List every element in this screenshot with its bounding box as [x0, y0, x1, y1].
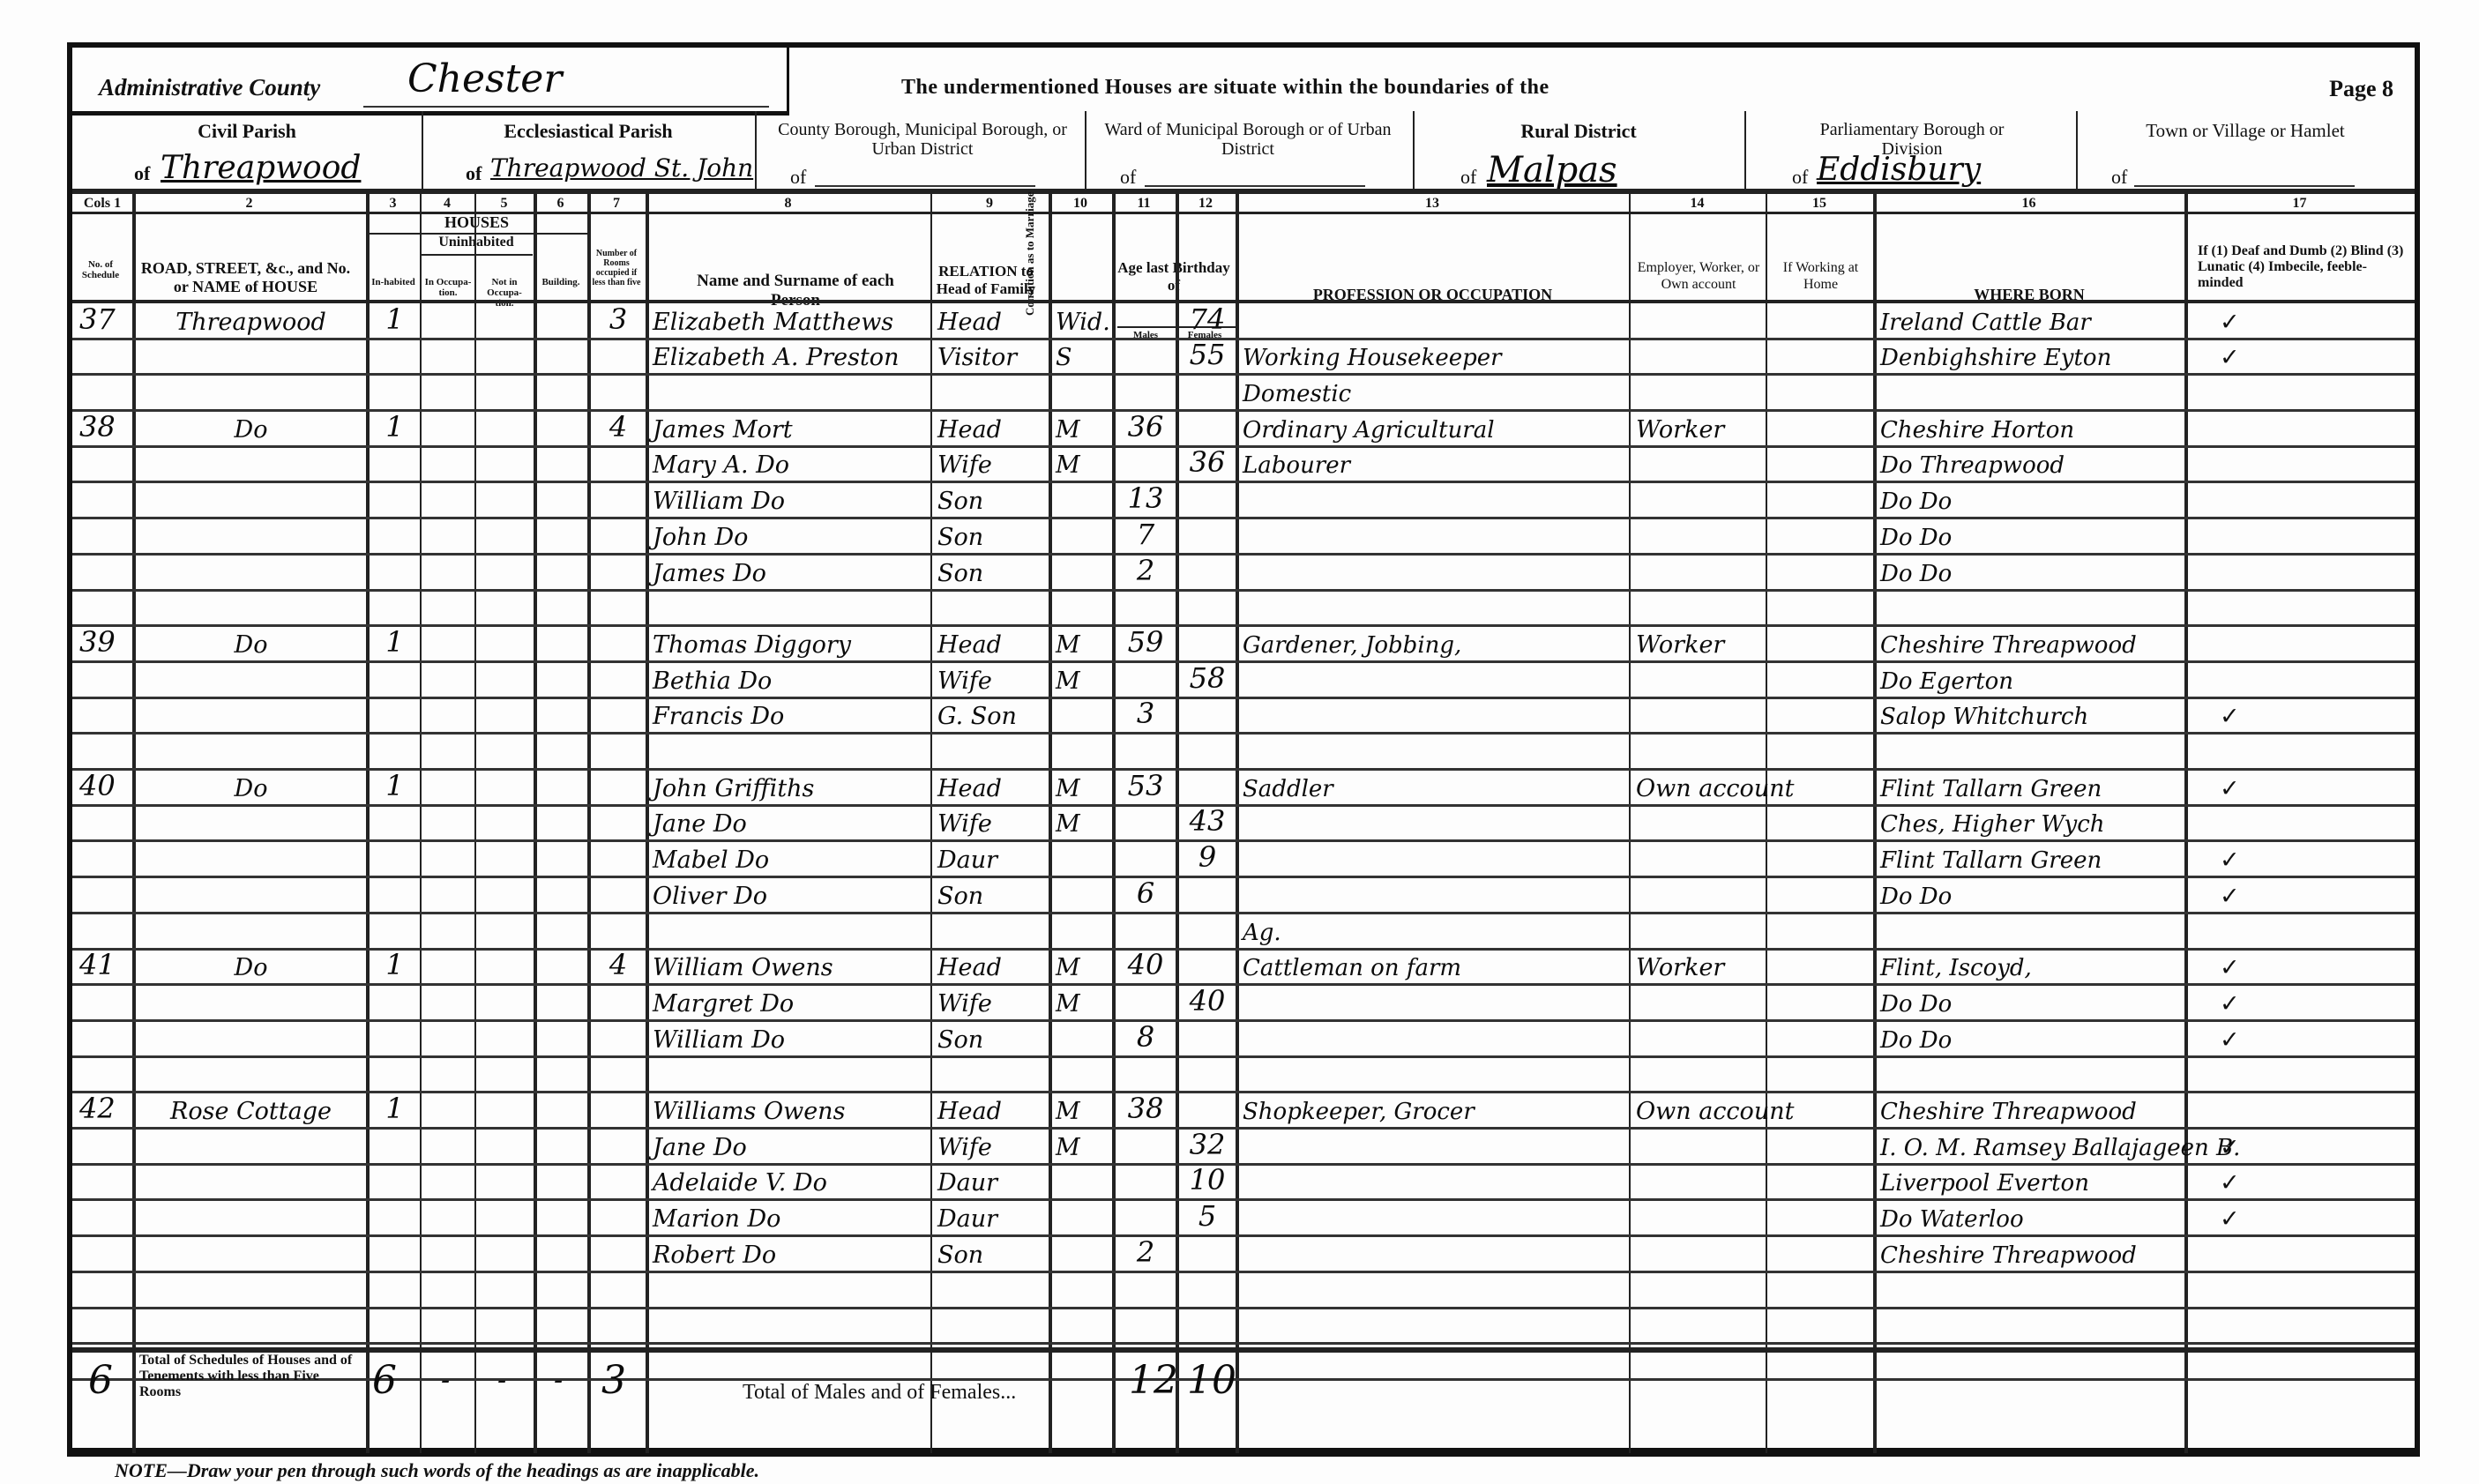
cell-male-age: 7 [1119, 518, 1172, 551]
area-label: Town or Village or Hamlet [2076, 120, 2415, 142]
column-number: 11 [1112, 196, 1176, 212]
cell-inhabited: 1 [373, 411, 416, 444]
cell-rooms [594, 842, 642, 875]
cell-rooms [594, 339, 642, 372]
cell-female-age: 55 [1183, 339, 1232, 372]
cell-occupation: Labourer [1243, 447, 1625, 480]
cell-occupation [1243, 877, 1625, 910]
cell-condition [1056, 914, 1109, 946]
cell-rooms [594, 518, 642, 551]
cell-rooms [594, 698, 642, 731]
column-number: 2 [132, 196, 366, 212]
cell-relation: Son [937, 555, 1045, 587]
cell-name: Margret Do [653, 985, 927, 1018]
cell-relation: Son [937, 518, 1045, 551]
totals-schedules: 6 [88, 1358, 113, 1403]
cell-schedule [79, 1165, 129, 1197]
cell-condition: M [1056, 806, 1109, 839]
table-row: Adelaide V. DoDaur10Liverpool Everton✓ [72, 1165, 2415, 1201]
header-rooms: Number of Rooms occupied if less than fi… [589, 249, 644, 287]
cell-name: James Mort [653, 411, 927, 444]
cell-schedule [79, 734, 129, 766]
cell-road [139, 339, 362, 372]
cell-where-born: Do Do [1880, 555, 2181, 587]
cell-occupation: Ag. [1243, 914, 1625, 946]
cell-where-born: Do Do [1880, 1021, 2181, 1054]
cell-road: Threapwood [139, 303, 362, 336]
cell-inhabited: 1 [373, 626, 416, 659]
cell-name [653, 1057, 927, 1090]
cell-relation: Son [937, 483, 1045, 516]
cell-schedule [79, 518, 129, 551]
cell-occupation [1243, 1129, 1625, 1161]
cell-rooms: 3 [594, 303, 642, 336]
cell-male-age: 13 [1119, 483, 1172, 516]
cell-infirmity: ✓ [2220, 698, 2439, 731]
cell-male-age: 6 [1119, 877, 1172, 910]
cell-inhabited [373, 1236, 416, 1269]
cell-occupation: Shopkeeper, Grocer [1243, 1092, 1625, 1125]
header-employer: Employer, Worker, or Own account [1632, 259, 1766, 293]
cell-where-born: Flint Tallarn Green [1880, 842, 2181, 875]
cell-relation: Son [937, 1236, 1045, 1269]
table-row: 39Do1Thomas DiggoryHeadM59Gardener, Jobb… [72, 626, 2415, 662]
cell-infirmity: ✓ [2220, 303, 2439, 336]
cell-infirmity: ✓ [2220, 842, 2439, 875]
cell-condition: M [1056, 1092, 1109, 1125]
cell-infirmity: ✓ [2220, 985, 2439, 1018]
cell-employer [1636, 555, 1762, 587]
area-underline [815, 185, 1035, 187]
cell-schedule: 41 [79, 950, 129, 982]
cell-inhabited [373, 555, 416, 587]
cell-inhabited [373, 1057, 416, 1090]
cell-infirmity: ✓ [2220, 1165, 2439, 1197]
cell-where-born [1880, 591, 2181, 623]
cell-road: Do [139, 626, 362, 659]
cell-relation [937, 914, 1045, 946]
cell-female-age: 5 [1183, 1201, 1232, 1234]
cell-male-age [1119, 914, 1172, 946]
cell-road [139, 985, 362, 1018]
cell-name [653, 591, 927, 623]
cell-employer: Worker [1636, 411, 1762, 444]
cell-male-age: 59 [1119, 626, 1172, 659]
cell-male-age [1119, 1309, 1172, 1341]
cell-name: John Griffiths [653, 770, 927, 802]
cell-employer [1636, 1201, 1762, 1234]
cell-where-born: Ches, Higher Wych [1880, 806, 2181, 839]
cell-name: Oliver Do [653, 877, 927, 910]
cell-relation: Wife [937, 662, 1045, 695]
cell-road [139, 591, 362, 623]
cell-road [139, 1309, 362, 1341]
area-label: Civil Parish [72, 120, 422, 143]
cell-schedule [79, 1129, 129, 1161]
cell-inhabited: 1 [373, 303, 416, 336]
totals-not-in-occupation: - [497, 1365, 506, 1396]
cell-where-born: Do Do [1880, 877, 2181, 910]
cell-relation: Wife [937, 806, 1045, 839]
table-row: Mabel DoDaur9Flint Tallarn Green✓ [72, 842, 2415, 878]
column-number: 7 [587, 196, 646, 212]
cell-female-age [1183, 877, 1232, 910]
cell-road [139, 483, 362, 516]
cell-condition [1056, 1021, 1109, 1054]
cell-occupation [1243, 1057, 1625, 1090]
cell-road: Do [139, 770, 362, 802]
cell-infirmity [2220, 447, 2439, 480]
cell-name [653, 375, 927, 407]
cell-name: Marion Do [653, 1201, 927, 1234]
cell-occupation: Gardener, Jobbing, [1243, 626, 1625, 659]
cell-rooms [594, 914, 642, 946]
column-number: 16 [1873, 196, 2184, 212]
cell-rooms [594, 483, 642, 516]
cell-inhabited [373, 339, 416, 372]
cell-where-born: I. O. M. Ramsey Ballajageen B. [1880, 1129, 2181, 1161]
cell-where-born: Do Do [1880, 985, 2181, 1018]
cell-infirmity [2220, 1057, 2439, 1090]
cell-schedule [79, 1021, 129, 1054]
cell-female-age: 74 [1183, 303, 1232, 336]
table-row: William DoSon13Do Do [72, 483, 2415, 519]
cell-relation [937, 375, 1045, 407]
cell-infirmity [2220, 375, 2439, 407]
cell-road [139, 734, 362, 766]
cell-employer [1636, 1021, 1762, 1054]
cell-schedule [79, 483, 129, 516]
cell-name [653, 734, 927, 766]
area-county-borough: County Borough, Municipal Borough, or Ur… [755, 111, 1086, 192]
cell-schedule [79, 1057, 129, 1090]
cell-relation: Head [937, 1092, 1045, 1125]
header-schedule: No. of Schedule [74, 259, 127, 280]
cell-schedule [79, 339, 129, 372]
cell-where-born: Salop Whitchurch [1880, 698, 2181, 731]
cell-male-age [1119, 1201, 1172, 1234]
cell-schedule [79, 662, 129, 695]
cell-name: William Do [653, 483, 927, 516]
header-road: ROAD, STREET, &c., and No. or NAME of HO… [138, 259, 354, 296]
cell-infirmity [2220, 914, 2439, 946]
cell-female-age [1183, 1309, 1232, 1341]
table-row: Robert DoSon2Cheshire Threapwood [72, 1236, 2415, 1272]
cell-relation: Head [937, 626, 1045, 659]
cell-where-born: Flint, Iscoyd, [1880, 950, 2181, 982]
cell-infirmity [2220, 626, 2439, 659]
cell-condition: M [1056, 662, 1109, 695]
cell-relation: Head [937, 770, 1045, 802]
cell-female-age: 10 [1183, 1165, 1232, 1197]
cell-schedule [79, 447, 129, 480]
cell-employer [1636, 1272, 1762, 1305]
table-row: Margret DoWifeM40Do Do✓ [72, 985, 2415, 1021]
totals-schedules-label: Total of Schedules of Houses and of Tene… [134, 1353, 360, 1400]
table-row: 40Do1John GriffithsHeadM53SaddlerOwn acc… [72, 770, 2415, 806]
cell-female-age [1183, 698, 1232, 731]
area-value: Threapwood [161, 150, 361, 186]
cell-inhabited [373, 1201, 416, 1234]
cell-infirmity [2220, 662, 2439, 695]
cell-where-born [1880, 734, 2181, 766]
cell-condition [1056, 518, 1109, 551]
cell-road [139, 877, 362, 910]
cell-condition [1056, 1057, 1109, 1090]
cell-inhabited [373, 375, 416, 407]
cell-condition [1056, 877, 1109, 910]
cell-schedule: 37 [79, 303, 129, 336]
totals-in-occupation: - [441, 1365, 450, 1396]
cell-inhabited: 1 [373, 1092, 416, 1125]
cell-occupation [1243, 1309, 1625, 1341]
cell-condition [1056, 1165, 1109, 1197]
cell-road [139, 1057, 362, 1090]
cell-infirmity [2220, 1092, 2439, 1125]
cell-road [139, 1165, 362, 1197]
cell-road [139, 806, 362, 839]
cell-inhabited [373, 1021, 416, 1054]
cell-occupation [1243, 985, 1625, 1018]
header-houses: HOUSES [366, 213, 587, 232]
cell-inhabited [373, 662, 416, 695]
area-prefix: of [790, 166, 806, 189]
cell-female-age: 9 [1183, 842, 1232, 875]
cell-occupation [1243, 1236, 1625, 1269]
header-working-home: If Working at Home [1770, 259, 1871, 293]
cell-rooms [594, 1165, 642, 1197]
cell-female-age [1183, 914, 1232, 946]
cell-occupation [1243, 734, 1625, 766]
cell-infirmity [2220, 411, 2439, 444]
table-row: Domestic [72, 375, 2415, 411]
column-number: 12 [1176, 196, 1236, 212]
cell-male-age [1119, 985, 1172, 1018]
cell-relation: Wife [937, 1129, 1045, 1161]
area-label: County Borough, Municipal Borough, or Ur… [773, 120, 1072, 159]
cell-rooms [594, 770, 642, 802]
cell-infirmity [2220, 734, 2439, 766]
cell-employer [1636, 518, 1762, 551]
cell-female-age [1183, 1021, 1232, 1054]
area-value: Threapwood St. John [490, 153, 753, 183]
cell-employer [1636, 375, 1762, 407]
header-age: Age last Birthday of [1117, 259, 1230, 295]
census-form: Administrative County Chester The underm… [67, 42, 2420, 1457]
county-underline [363, 106, 769, 108]
cell-occupation: Domestic [1243, 375, 1625, 407]
cell-road [139, 1272, 362, 1305]
cell-schedule: 38 [79, 411, 129, 444]
cell-where-born: Cheshire Horton [1880, 411, 2181, 444]
cell-male-age [1119, 375, 1172, 407]
table-row: Marion DoDaur5Do Waterloo✓ [72, 1201, 2415, 1237]
cell-male-age [1119, 842, 1172, 875]
table-row: William DoSon8Do Do✓ [72, 1021, 2415, 1057]
area-label: Ward of Municipal Borough or of Urban Di… [1102, 120, 1393, 159]
cell-name: William Do [653, 1021, 927, 1054]
column-number: 6 [534, 196, 587, 212]
cell-where-born [1880, 1272, 2181, 1305]
cell-relation [937, 734, 1045, 766]
cell-schedule [79, 806, 129, 839]
cell-name: Mary A. Do [653, 447, 927, 480]
cell-rooms [594, 1309, 642, 1341]
cell-schedule: 39 [79, 626, 129, 659]
cell-where-born: Do Threapwood [1880, 447, 2181, 480]
cell-where-born [1880, 1057, 2181, 1090]
cell-inhabited [373, 1272, 416, 1305]
cell-condition [1056, 842, 1109, 875]
cell-schedule [79, 877, 129, 910]
cell-employer [1636, 842, 1762, 875]
cell-condition [1056, 555, 1109, 587]
cell-infirmity: ✓ [2220, 1201, 2439, 1234]
column-number: 13 [1236, 196, 1629, 212]
cell-male-age [1119, 339, 1172, 372]
cell-relation: Daur [937, 1165, 1045, 1197]
cell-relation: Head [937, 950, 1045, 982]
cell-employer [1636, 1236, 1762, 1269]
header-uninhabited: Uninhabited [420, 235, 533, 250]
cell-relation [937, 591, 1045, 623]
header-building: Building. [534, 277, 587, 287]
cell-inhabited [373, 1165, 416, 1197]
cell-where-born [1880, 375, 2181, 407]
cell-inhabited [373, 806, 416, 839]
totals-building: - [554, 1365, 563, 1396]
cell-female-age [1183, 483, 1232, 516]
cell-employer [1636, 339, 1762, 372]
cell-schedule [79, 555, 129, 587]
area-label: Rural District [1413, 120, 1744, 143]
table-row: 38Do14James MortHeadM36Ordinary Agricult… [72, 411, 2415, 447]
cell-relation: Daur [937, 842, 1045, 875]
cell-rooms [594, 877, 642, 910]
table-row: Jane DoWifeM43Ches, Higher Wych [72, 806, 2415, 842]
cell-relation [937, 1309, 1045, 1341]
header-infirmity: If (1) Deaf and Dumb (2) Blind (3) Lunat… [2198, 243, 2409, 291]
cell-male-age [1119, 806, 1172, 839]
area-prefix: of [134, 162, 150, 185]
cell-employer [1636, 447, 1762, 480]
administrative-county-box: Administrative County Chester [72, 48, 789, 116]
uninhabited-divider [420, 254, 533, 256]
table-row [72, 1272, 2415, 1309]
cell-schedule [79, 375, 129, 407]
cell-road [139, 1201, 362, 1234]
cell-rooms [594, 1236, 642, 1269]
cell-female-age: 40 [1183, 985, 1232, 1018]
cell-condition [1056, 734, 1109, 766]
cell-employer: Worker [1636, 950, 1762, 982]
table-row: 37Threapwood13Elizabeth MatthewsHeadWid.… [72, 303, 2415, 339]
cell-occupation [1243, 518, 1625, 551]
cell-female-age [1183, 1057, 1232, 1090]
table-row: 42Rose Cottage1Williams OwensHeadM38Shop… [72, 1092, 2415, 1129]
column-number: 3 [366, 196, 420, 212]
cell-road [139, 698, 362, 731]
cell-employer [1636, 698, 1762, 731]
cell-female-age [1183, 555, 1232, 587]
cell-female-age: 58 [1183, 662, 1232, 695]
cell-relation: Head [937, 303, 1045, 336]
header-inhabited: In-habited [368, 277, 419, 287]
cell-male-age [1119, 662, 1172, 695]
cell-schedule [79, 1309, 129, 1341]
cell-name: Mabel Do [653, 842, 927, 875]
cell-condition [1056, 483, 1109, 516]
cell-female-age [1183, 1092, 1232, 1125]
cell-male-age [1119, 1129, 1172, 1161]
cell-occupation [1243, 1201, 1625, 1234]
cell-name: Robert Do [653, 1236, 927, 1269]
cell-relation: Son [937, 1021, 1045, 1054]
cell-name: Adelaide V. Do [653, 1165, 927, 1197]
cell-road [139, 1129, 362, 1161]
cell-infirmity: ✓ [2220, 950, 2439, 982]
cell-where-born [1880, 914, 2181, 946]
cell-condition [1056, 375, 1109, 407]
table-row [72, 1309, 2415, 1345]
cell-male-age [1119, 734, 1172, 766]
cell-road [139, 1021, 362, 1054]
table-row: James DoSon2Do Do [72, 555, 2415, 591]
cell-relation: G. Son [937, 698, 1045, 731]
area-prefix: of [1792, 166, 1808, 189]
cell-male-age [1119, 303, 1172, 336]
table-row [72, 734, 2415, 770]
cell-road: Do [139, 950, 362, 982]
cell-rooms [594, 555, 642, 587]
cell-employer [1636, 1129, 1762, 1161]
column-number: 10 [1049, 196, 1112, 212]
cell-where-born: Liverpool Everton [1880, 1165, 2181, 1197]
cell-road: Rose Cottage [139, 1092, 362, 1125]
cell-where-born: Ireland Cattle Bar [1880, 303, 2181, 336]
cell-rooms [594, 1092, 642, 1125]
cell-condition: M [1056, 626, 1109, 659]
cell-infirmity [2220, 555, 2439, 587]
cell-where-born: Do Egerton [1880, 662, 2181, 695]
cell-where-born: Do Waterloo [1880, 1201, 2181, 1234]
totals-males: 12 [1129, 1358, 1178, 1403]
cell-occupation: Cattleman on farm [1243, 950, 1625, 982]
column-number: 8 [646, 196, 930, 212]
cell-employer [1636, 877, 1762, 910]
cell-name [653, 914, 927, 946]
cell-infirmity: ✓ [2220, 770, 2439, 802]
cell-schedule: 42 [79, 1092, 129, 1125]
cell-name: Francis Do [653, 698, 927, 731]
cell-name: Jane Do [653, 806, 927, 839]
table-row: John DoSon7Do Do [72, 518, 2415, 555]
column-number: 17 [2184, 196, 2415, 212]
cell-rooms [594, 806, 642, 839]
table-row: Mary A. DoWifeM36LabourerDo Threapwood [72, 447, 2415, 483]
cell-occupation [1243, 591, 1625, 623]
area-value: Malpas [1487, 150, 1617, 190]
cell-schedule [79, 985, 129, 1018]
cell-condition: M [1056, 770, 1109, 802]
cell-rooms [594, 1021, 642, 1054]
cell-employer [1636, 985, 1762, 1018]
cell-name: Bethia Do [653, 662, 927, 695]
cell-employer [1636, 1165, 1762, 1197]
cell-inhabited [373, 1129, 416, 1161]
cell-name: Jane Do [653, 1129, 927, 1161]
cell-employer: Own account [1636, 770, 1762, 802]
